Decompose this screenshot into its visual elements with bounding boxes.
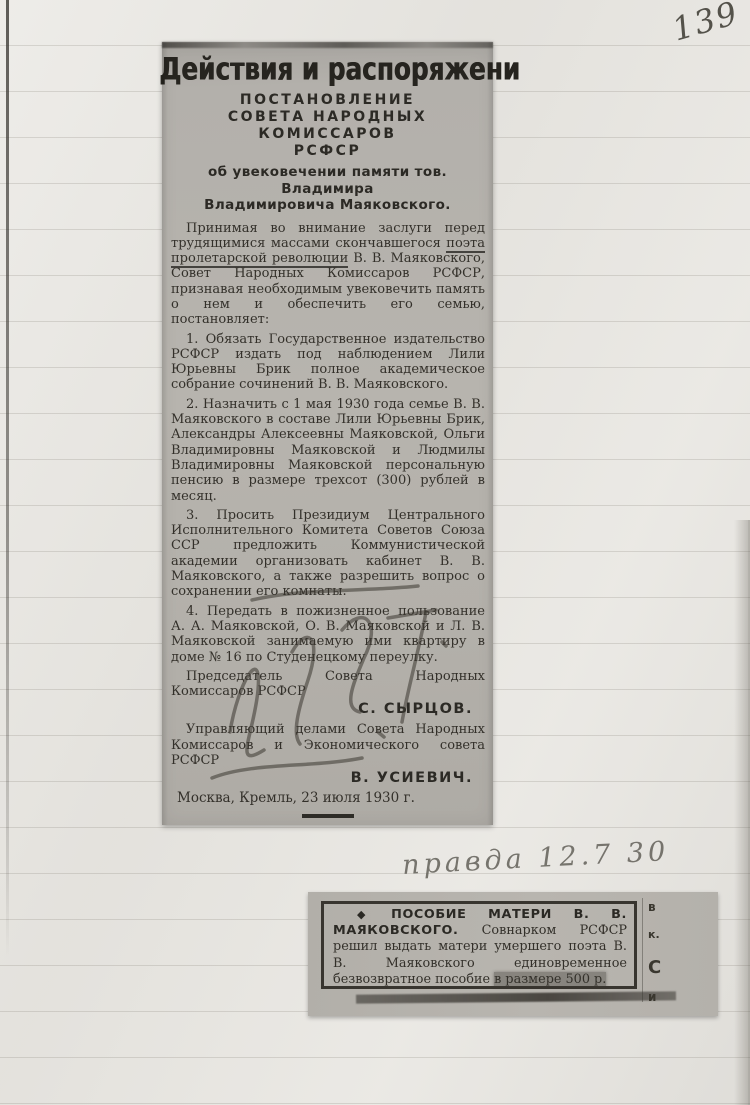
decree-item: 2. Назначить с 1 мая 1930 года семье В. … [171,397,485,504]
diamond-ornament-icon: ◆ [333,908,391,921]
signature-title: Управляющий делами Совета Народных Комис… [171,722,485,768]
column-fragment-letter: и [648,990,656,1004]
decree-subheading-line: об увековечении памяти тов. Владимира [162,164,493,197]
decree-item: 3. Просить Президиум Центрального Исполн… [171,508,485,600]
decree-body: Принимая во внимание заслуги перед трудя… [171,221,485,818]
signature-title: Председатель Совета Народных Комиссаров … [171,669,485,700]
column-fragment-letter: С [648,957,661,978]
end-rule-divider [302,814,354,818]
allowance-newspaper-clipping: ◆ПОСОБИЕ МАТЕРИ В. В. МАЯКОВСКОГО. Совна… [308,892,718,1016]
adjacent-column-fragments: в к. С и [642,898,668,1002]
column-fragment-letter: в [648,900,656,914]
dateline: Москва, Кремль, 23 июля 1930 г. [177,791,485,806]
scanned-archive-page: 139 Действия и распоряжени ПОСТАНОВЛЕНИЕ… [0,0,750,1105]
ink-smear [356,991,676,1003]
decree-subheading-line: Владимировича Маяковского. [162,197,493,214]
signature-name: В. УСИЕВИЧ. [171,770,473,786]
allowance-paragraph: ◆ПОСОБИЕ МАТЕРИ В. В. МАЯКОВСКОГО. Совна… [333,907,627,988]
smudged-text: в размере 500 р. [494,972,606,987]
decree-heading-line: РСФСР [162,143,493,160]
handwritten-source-note: правда 12.7 30 [401,836,670,881]
signature-name: С. СЫРЦОВ. [171,701,473,717]
decree-item: 4. Передать в пожизненное пользование А.… [171,604,485,665]
decree-item: 1. Обязать Государственное издательство … [171,332,485,393]
decree-heading-line: ПОСТАНОВЛЕНИЕ [162,92,493,109]
handwritten-page-number: 139 [668,0,743,49]
newspaper-section-masthead: Действия и распоряжени [159,51,496,87]
column-fragment-letter: к. [648,928,660,941]
decree-heading-line: СОВЕТА НАРОДНЫХ КОМИССАРОВ [162,109,493,143]
clipping-frame-box: ◆ПОСОБИЕ МАТЕРИ В. В. МАЯКОВСКОГО. Совна… [321,901,637,989]
page-right-edge-shadow [734,520,750,1105]
page-binding-line [6,0,9,958]
intro-paragraph: Принимая во внимание заслуги перед трудя… [171,221,485,328]
intro-text-before: Принимая во внимание заслуги перед трудя… [171,221,485,251]
decree-newspaper-clipping: Действия и распоряжени ПОСТАНОВЛЕНИЕ СОВ… [162,42,493,825]
